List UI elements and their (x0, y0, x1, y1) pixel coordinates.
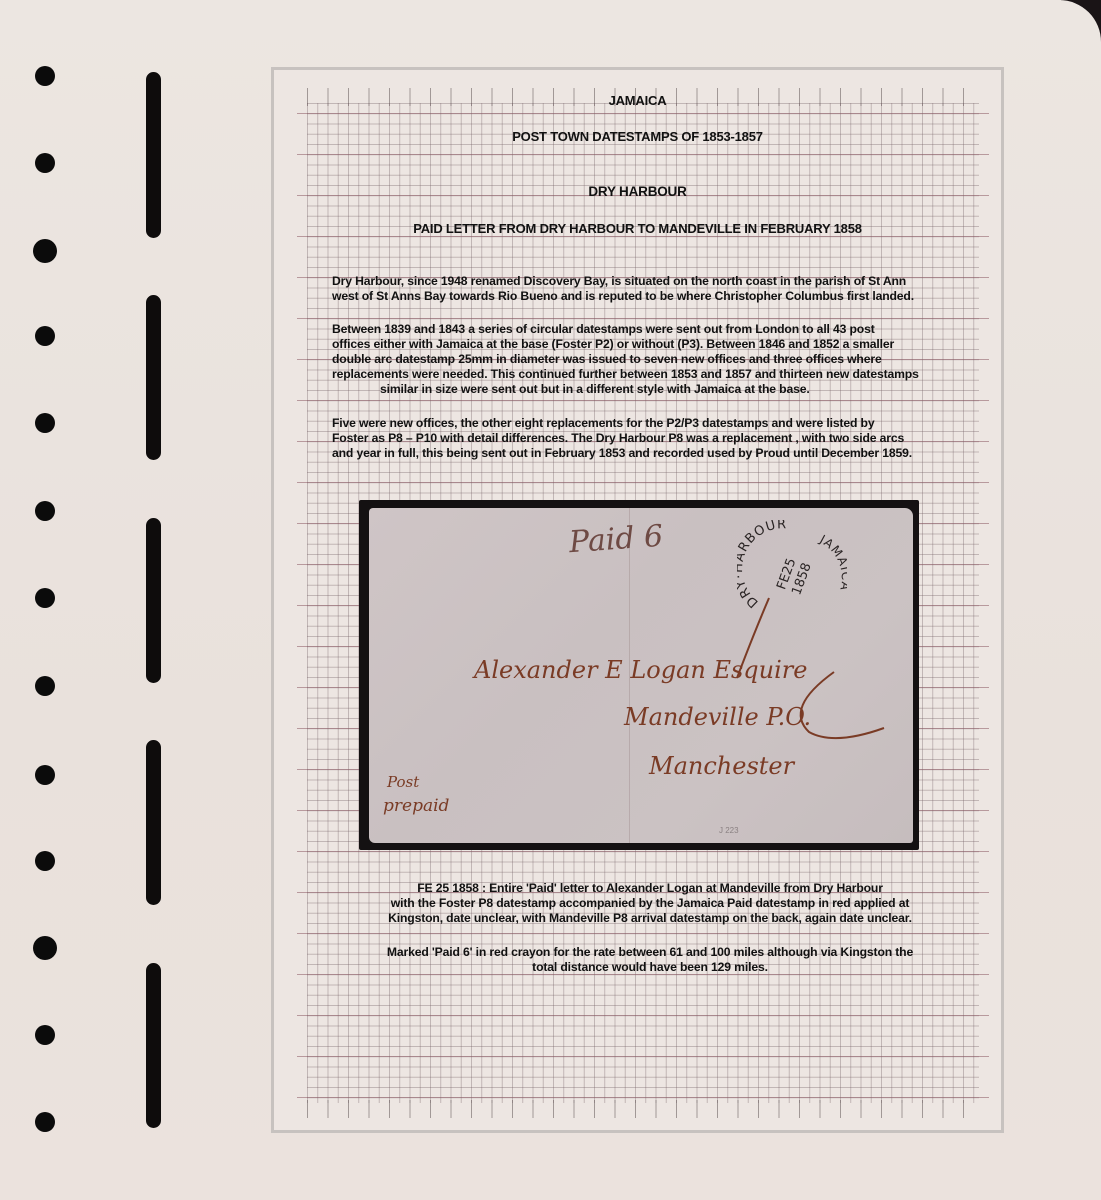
corner-note-line-2: prepaid (383, 796, 449, 816)
text-line: Between 1839 and 1843 a series of circul… (332, 322, 982, 337)
text-line: Foster as P8 – P10 with detail differenc… (332, 431, 982, 446)
address-line-3: Manchester (649, 752, 794, 780)
svg-text:JAMAICA: JAMAICA (817, 532, 847, 593)
grid-ticks-bottom (307, 1100, 979, 1118)
text-line: with the Foster P8 datestamp accompanied… (345, 896, 955, 911)
text-line: similar in size were sent out but in a d… (332, 382, 982, 397)
punch-hole (35, 1025, 55, 1045)
binder-slot (146, 740, 161, 905)
punch-hole (35, 676, 55, 696)
album-page-background: JAMAICA POST TOWN DATESTAMPS OF 1853-185… (0, 0, 1101, 1200)
punch-hole (35, 851, 55, 871)
intro-paragraph-3: Five were new offices, the other eight r… (332, 416, 982, 461)
series-title: POST TOWN DATESTAMPS OF 1853-1857 (271, 129, 1004, 144)
town-heading: DRY HARBOUR (271, 184, 1004, 199)
text-line: Dry Harbour, since 1948 renamed Discover… (332, 274, 982, 289)
punch-hole (33, 936, 57, 960)
intro-paragraph-2: Between 1839 and 1843 a series of circul… (332, 322, 982, 397)
text-line: FE 25 1858 : Entire 'Paid' letter to Ale… (345, 881, 955, 896)
text-line: Marked 'Paid 6' in red crayon for the ra… (345, 945, 955, 960)
caption-paragraph-2: Marked 'Paid 6' in red crayon for the ra… (345, 945, 955, 975)
binder-slot (146, 72, 161, 238)
embossed-watermark (124, 500, 148, 700)
punch-hole (35, 1112, 55, 1132)
text-line: Kingston, date unclear, with Mandeville … (345, 911, 955, 926)
country-heading: JAMAICA (271, 93, 1004, 108)
binder-slot (146, 518, 161, 683)
binder-slot (146, 295, 161, 460)
text-line: west of St Anns Bay towards Rio Bueno an… (332, 289, 982, 304)
text-line: and year in full, this being sent out in… (332, 446, 982, 461)
caption-paragraph-1: FE 25 1858 : Entire 'Paid' letter to Ale… (345, 881, 955, 926)
punch-hole (35, 153, 55, 173)
text-line: Five were new offices, the other eight r… (332, 416, 982, 431)
punch-hole (35, 326, 55, 346)
red-rate-flourish (764, 668, 894, 748)
punch-hole (35, 66, 55, 86)
punch-hole (33, 239, 57, 263)
text-line: replacements were needed. This continued… (332, 367, 982, 382)
binder-slot (146, 963, 161, 1128)
text-line: double arc datestamp 25mm in diameter wa… (332, 352, 982, 367)
intro-paragraph-1: Dry Harbour, since 1948 renamed Discover… (332, 274, 982, 304)
text-line: offices either with Jamaica at the base … (332, 337, 982, 352)
corner-note-line-1: Post (387, 773, 419, 791)
punch-hole (35, 501, 55, 521)
punch-hole (35, 588, 55, 608)
punch-hole (35, 413, 55, 433)
pencil-note: J 223 (719, 826, 739, 835)
subject-heading: PAID LETTER FROM DRY HARBOUR TO MANDEVIL… (271, 221, 1004, 236)
address-line-1: Alexander E Logan Esquire (474, 656, 807, 684)
postal-cover: Paid 6 DRY·HARBOUR JAMAICA FE25 1858 (369, 508, 913, 843)
punch-hole (35, 765, 55, 785)
text-line: total distance would have been 129 miles… (345, 960, 955, 975)
manuscript-paid-marking: Paid 6 (568, 519, 664, 560)
